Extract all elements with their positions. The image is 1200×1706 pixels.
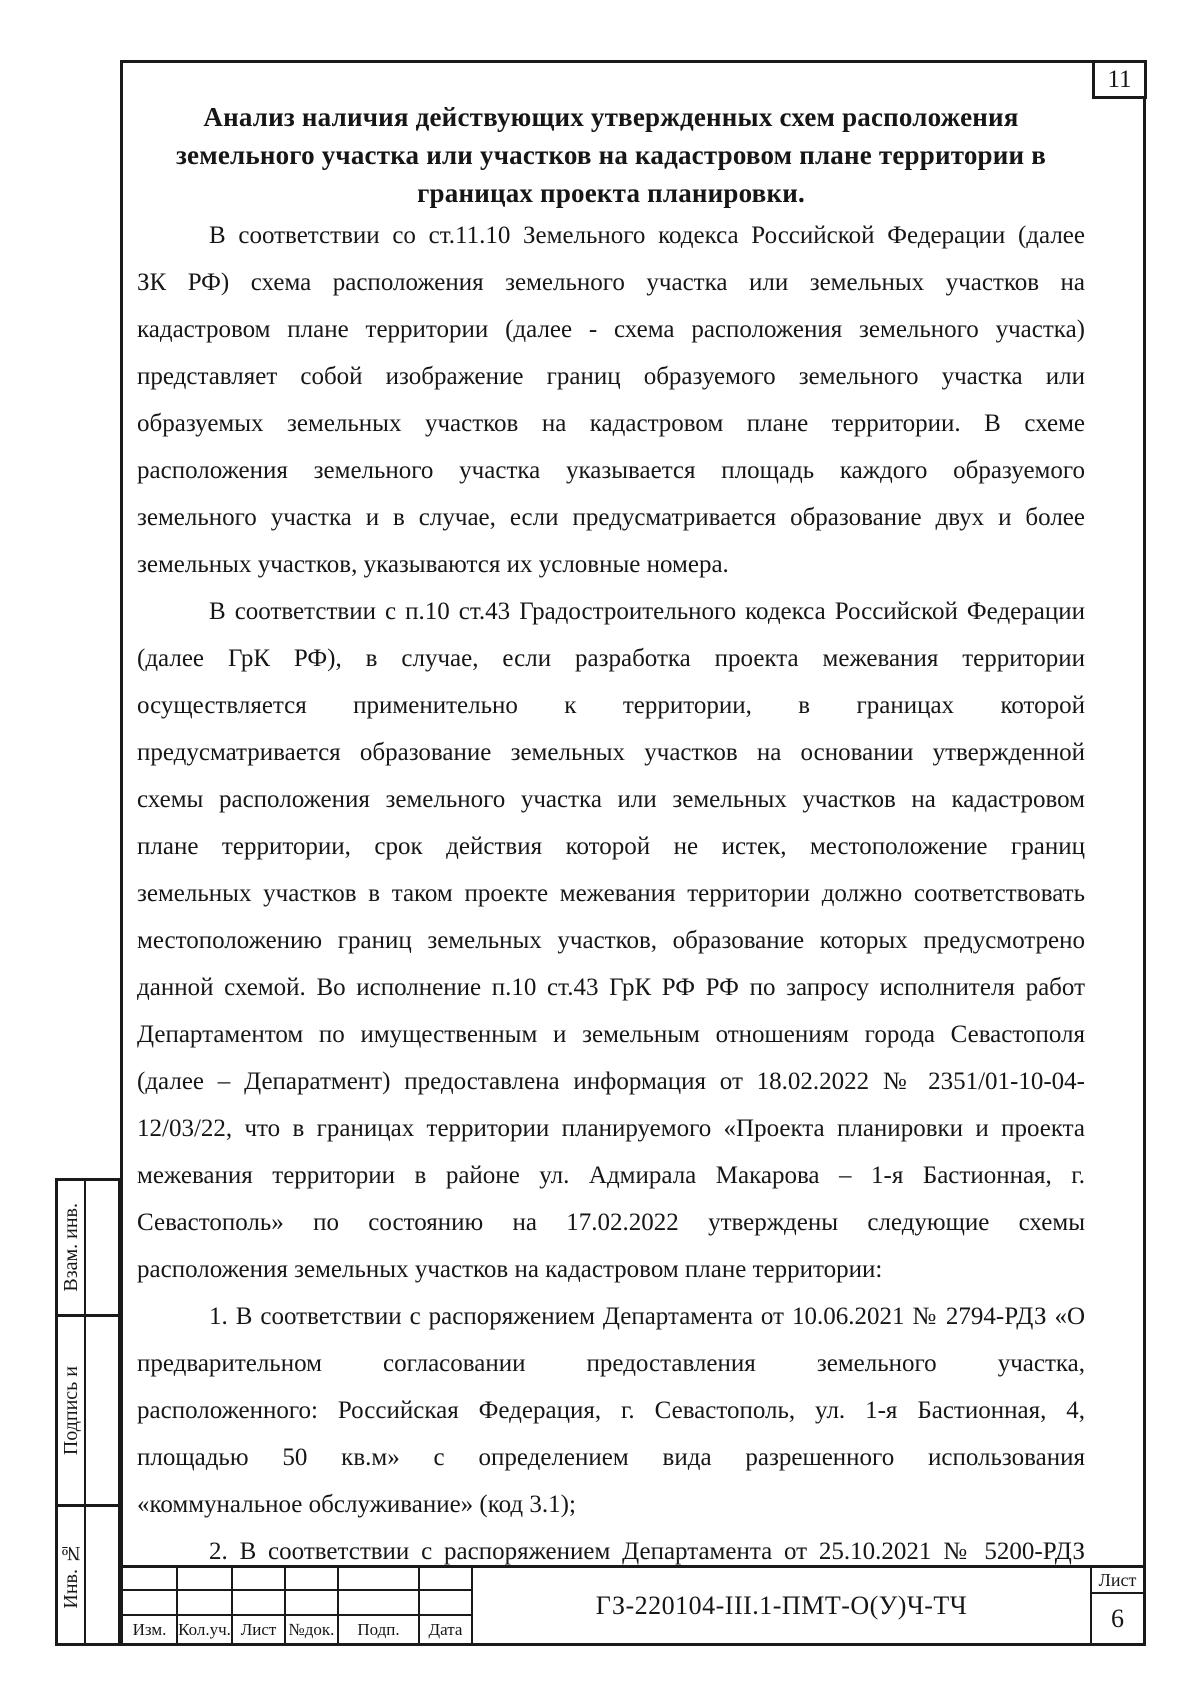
text-line: предварительном согласовании предоставле…: [137, 1340, 1085, 1387]
sheet-number: 6: [1092, 1594, 1143, 1643]
title-block-empty-cell: [286, 1568, 337, 1591]
title-block-col-koluch: Кол.уч.: [178, 1568, 233, 1643]
stamp-cell-label: Подпись и: [60, 1366, 83, 1455]
title-block-empty-cell: [123, 1568, 176, 1591]
title-block-empty-cell: [178, 1568, 231, 1591]
title-block-col-label: Лист: [233, 1616, 284, 1643]
text-line: (далее ГрК РФ), в случае, если разработк…: [137, 635, 1085, 682]
stamp-sidebar: Взам. инв. Подпись и Инв. №: [55, 1178, 121, 1646]
title-line: границах проекта планировки.: [137, 174, 1085, 212]
title-block-empty-cell: [233, 1591, 284, 1616]
stamp-cell-label: Инв. №: [60, 1542, 83, 1609]
title-block-col-izm: Изм.: [123, 1568, 178, 1643]
document-code: ГЗ-220104-III.1-ПМТ-О(У)Ч-ТЧ: [473, 1568, 1090, 1643]
title-block-empty-cell: [286, 1591, 337, 1616]
sheet-box: Лист 6: [1090, 1568, 1143, 1643]
text-line: земельных участков, указываются их услов…: [137, 541, 1085, 588]
text-line: осуществляется применительно к территори…: [137, 682, 1085, 729]
stamp-cell-blank: [86, 1181, 118, 1314]
stamp-cell-label-box: Взам. инв.: [58, 1181, 86, 1314]
title-line: земельного участка или участков на кадас…: [137, 136, 1085, 174]
title-block-empty-cell: [123, 1591, 176, 1616]
title-block-col-podp: Подп.: [339, 1568, 420, 1643]
title-block-col-label: №док.: [286, 1616, 337, 1643]
text-line: (далее – Депаратмент) предоставлена инфо…: [137, 1058, 1085, 1105]
stamp-cell-blank: [86, 1317, 118, 1504]
text-line: 1. В соответствии с распоряжением Департ…: [137, 1293, 1085, 1340]
title-block-col-nodok: №док.: [286, 1568, 339, 1643]
text-line: ЗК РФ) схема расположения земельного уча…: [137, 259, 1085, 306]
title-block-empty-cell: [420, 1591, 471, 1616]
title-block-col-label: Подп.: [339, 1616, 418, 1643]
text-line: площадью 50 кв.м» с определением вида ра…: [137, 1434, 1085, 1481]
sheet-label: Лист: [1092, 1568, 1143, 1594]
title-block-empty-cell: [420, 1568, 471, 1591]
page-number-box: 11: [1092, 60, 1147, 99]
title-line: Анализ наличия действующих утвержденных …: [137, 98, 1085, 136]
text-line: плане территории, срок действия которой …: [137, 823, 1085, 870]
text-line: предусматривается образование земельных …: [137, 729, 1085, 776]
text-line: местоположению границ земельных участков…: [137, 917, 1085, 964]
page-number: 11: [1107, 66, 1131, 94]
text-line: данной схемой. Во исполнение п.10 ст.43 …: [137, 964, 1085, 1011]
text-line: «коммунальное обслуживание» (код 3.1);: [137, 1481, 1085, 1528]
stamp-cell-blank: [86, 1507, 118, 1643]
text-line: Севастополь» по состоянию на 17.02.2022 …: [137, 1199, 1085, 1246]
stamp-cell-label: Взам. инв.: [60, 1203, 83, 1292]
stamp-cell-label-box: Подпись и: [58, 1317, 86, 1504]
document-page: 11 Анализ наличия действующих утвержденн…: [0, 0, 1200, 1706]
title-block-empty-cell: [339, 1591, 418, 1616]
text-line: 12/03/22, что в границах территории план…: [137, 1105, 1085, 1152]
text-line: В соответствии с п.10 ст.43 Градостроите…: [137, 588, 1085, 635]
stamp-cell-vzam-inv: Взам. инв.: [58, 1181, 118, 1317]
text-line: образуемых земельных участков на кадастр…: [137, 400, 1085, 447]
document-body: Анализ наличия действующих утвержденных …: [137, 98, 1085, 1575]
text-line: расположения земельного участка указывае…: [137, 447, 1085, 494]
title-block-col-label: Изм.: [123, 1616, 176, 1643]
text-line: межевания территории в районе ул. Адмира…: [137, 1152, 1085, 1199]
title-block-col-list: Лист: [233, 1568, 286, 1643]
text-line: земельного участка и в случае, если пред…: [137, 494, 1085, 541]
document-title: Анализ наличия действующих утвержденных …: [137, 98, 1085, 212]
stamp-cell-inv-no: Инв. №: [58, 1507, 118, 1643]
stamp-cell-podpis-data: Подпись и: [58, 1317, 118, 1507]
text-line: представляет собой изображение границ об…: [137, 353, 1085, 400]
title-block-col-label: Кол.уч.: [178, 1616, 231, 1643]
text-line: расположенного: Российская Федерация, г.…: [137, 1387, 1085, 1434]
text-line: Департаментом по имущественным и земельн…: [137, 1011, 1085, 1058]
stamp-cell-label-box: Инв. №: [58, 1507, 86, 1643]
title-block-empty-cell: [178, 1591, 231, 1616]
title-block: Изм. Кол.уч. Лист №док. Подп. Дата ГЗ-22…: [120, 1565, 1146, 1646]
text-line: В соответствии со ст.11.10 Земельного ко…: [137, 212, 1085, 259]
title-block-col-data: Дата: [420, 1568, 473, 1643]
text-line: кадастровом плане территории (далее - сх…: [137, 306, 1085, 353]
title-block-empty-cell: [339, 1568, 418, 1591]
text-line: схемы расположения земельного участка ил…: [137, 776, 1085, 823]
text-line: земельных участков в таком проекте межев…: [137, 870, 1085, 917]
body-paragraphs: В соответствии со ст.11.10 Земельного ко…: [137, 212, 1085, 1575]
title-block-col-label: Дата: [420, 1616, 471, 1643]
text-line: расположения земельных участков на кадас…: [137, 1246, 1085, 1293]
title-block-empty-cell: [233, 1568, 284, 1591]
